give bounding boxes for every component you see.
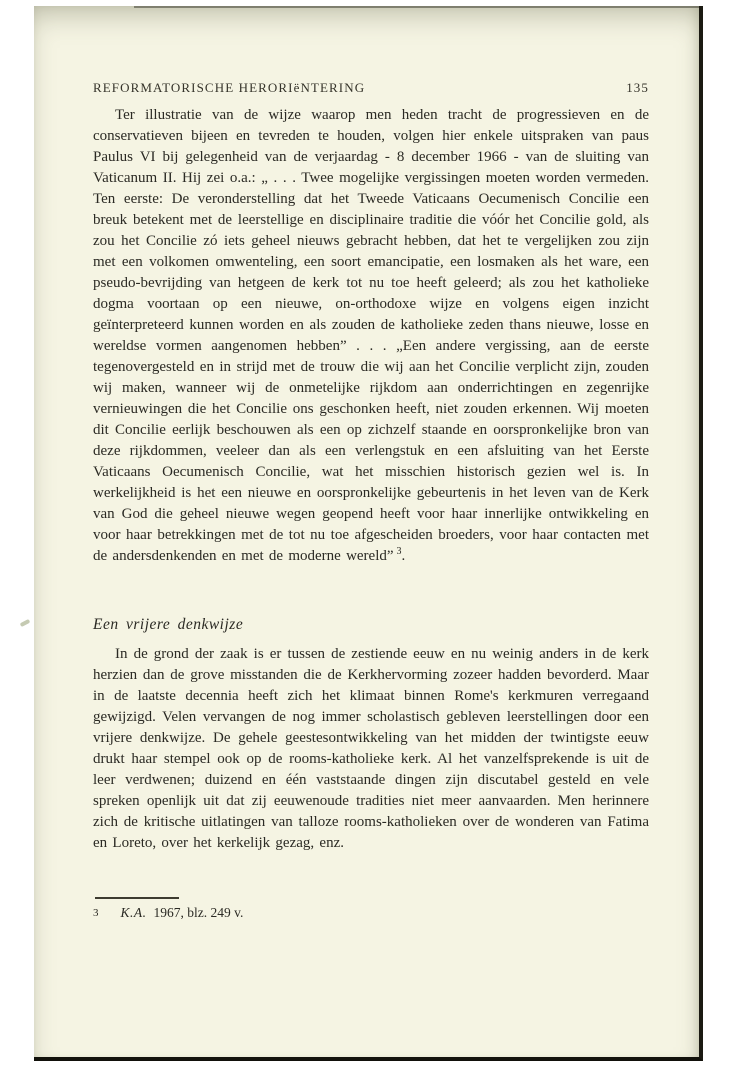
paragraph-quote-paulus: Ter illustratie van de wijze waarop men … [93,105,649,567]
footnote-marker: 3 [93,907,99,919]
scan-artifact [20,619,31,627]
scanned-book-page: REFORMATORISCHE HERORIëNTERING 135 Ter i… [34,6,703,1061]
paragraph-vrijere-denkwijze: In de grond der zaak is er tussen de zes… [93,644,649,854]
page-number: 135 [626,80,649,96]
footnote-rule [95,897,179,899]
paragraph-1-text: Ter illustratie van de wijze waarop men … [93,107,649,564]
paragraph-1-final-period: . [402,548,406,564]
running-head-title: REFORMATORISCHE HERORIëNTERING [93,80,365,96]
running-head: REFORMATORISCHE HERORIëNTERING 135 [93,80,649,96]
footnote: 3K.A.1967, blz. 249 v. [93,897,649,922]
footnote-source: K.A. [121,905,147,920]
footnote-text: 1967, blz. 249 v. [154,905,244,920]
section-heading: Een vrijere denkwijze [93,616,243,634]
footnote-line: 3K.A.1967, blz. 249 v. [93,904,649,922]
